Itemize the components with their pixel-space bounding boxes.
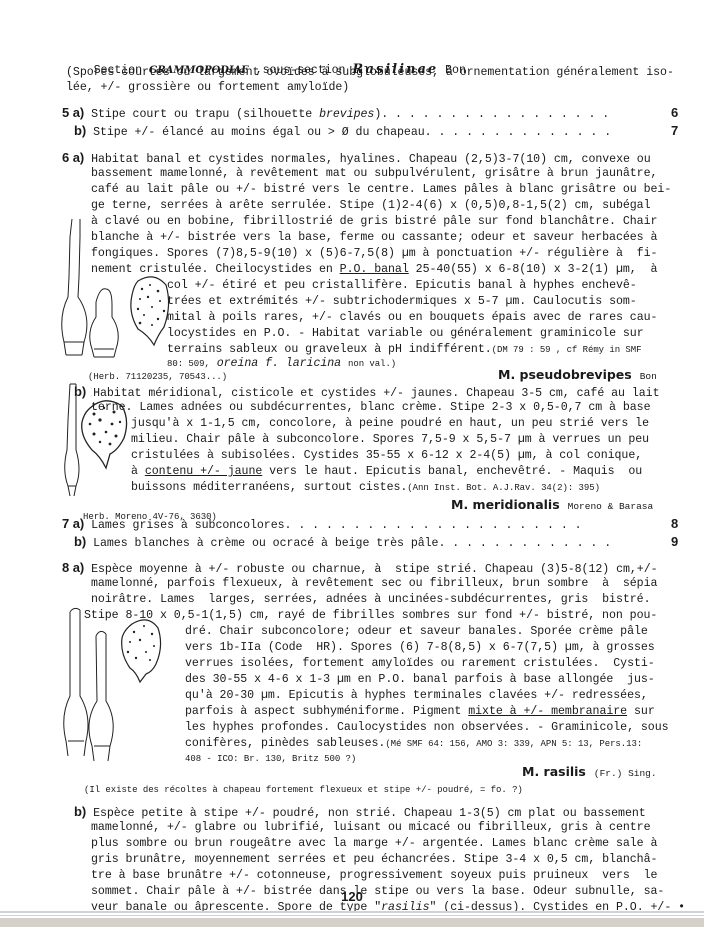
key-5b: b) Stipe +/- élancé au moins égal ou > Ø…: [74, 124, 611, 140]
species-name: M. pseudobrevipesBon: [498, 367, 657, 382]
viewer-bottom-bar: [0, 918, 704, 927]
species-label: M. rasilis: [522, 764, 586, 779]
cystidium-spore-illustration-icon: [64, 380, 134, 500]
footnote: (Il existe des récoltes à chapeau fortem…: [84, 783, 523, 797]
text: vers le haut. Epicutis banal, enchevêtré…: [262, 465, 642, 478]
key-6a-line-11: mital à poils rares, +/- clavés ou en bo…: [167, 311, 657, 325]
reference: non val.): [348, 359, 396, 369]
key-label: 6 a): [62, 150, 84, 165]
key-label: 5 a): [62, 105, 84, 120]
key-text: Espèce moyenne à +/- robuste ou charnue,…: [84, 563, 657, 576]
key-label: 7 a): [62, 516, 84, 531]
key-label: b): [74, 804, 86, 819]
species-name: M. meridionalisMoreno & Barasa: [451, 497, 653, 512]
key-6b-line-5: cristulées à subisolées. Cystides 35-55 …: [131, 449, 642, 463]
key-text: Lames blanches à crème ou ocracé à beige…: [86, 537, 611, 550]
key-8b-line-2: mamelonné, +/- glabre ou lubrifié, luisa…: [91, 821, 651, 835]
key-5a: 5 a) Stipe court ou trapu (silhouette br…: [62, 106, 609, 122]
goto-7-link[interactable]: 7: [671, 123, 678, 138]
key-italic: brevipes: [319, 108, 374, 121]
key-6a-line-2: bassement mamelonné, à revêtement mat ou…: [91, 167, 657, 181]
intro-line-2: lée, +/- grossière ou fortement amyloïde…: [66, 81, 349, 95]
key-8a-line-6: vers 1b-IIa (Code HR). Spores (6) 7-8(8,…: [185, 641, 655, 655]
divider: [0, 911, 704, 913]
species-author: Moreno & Barasa: [568, 501, 654, 512]
text: parfois à aspect subhyméniforme. Pigment: [185, 705, 468, 718]
key-6b-line-2: terne. Lames adnées ou subdécurrentes, b…: [91, 401, 651, 415]
goto-9-link[interactable]: 9: [671, 534, 678, 549]
species-author: (Fr.) Sing.: [594, 768, 657, 779]
text: conifères, pinèdes sableuses.: [185, 737, 385, 750]
key-8a-line-5: dré. Chair subconcolore; odeur et saveur…: [185, 625, 648, 639]
species-label: M. meridionalis: [451, 497, 560, 512]
text: terrains sableux ou graveleux à pH indif…: [167, 343, 492, 356]
key-8a-line-13: 408 - ICO: Br. 130, Britz 500 ?): [185, 752, 356, 766]
key-label: b): [74, 123, 86, 138]
document-page: Section GRAMMOPODIAE ,sous-section Rasil…: [0, 0, 704, 927]
key-text: Habitat méridional, cisticole et cystide…: [86, 387, 659, 400]
key-label: 8 a): [62, 560, 84, 575]
key-6a-line-13: terrains sableux ou graveleux à pH indif…: [167, 343, 641, 357]
underlined-text: mixte à +/- membranaire: [468, 705, 627, 718]
reference-italic: oreina f. laricina: [217, 357, 341, 370]
text: buissons méditerranéens, surtout cistes.: [131, 481, 407, 494]
key-6a-line-10: trées et extrémités +/- subtrichodermiqu…: [167, 295, 637, 309]
key-6a-line-5: à clavé ou en bobine, fibrillostrié de g…: [91, 215, 657, 229]
key-8a-line-1: 8 a) Espèce moyenne à +/- robuste ou cha…: [62, 561, 658, 577]
key-8b-line-4: gris brunâtre, moyennement serrées et pe…: [91, 853, 657, 867]
key-6a-line-6: blanche à +/- bistrée vers la base, ferm…: [91, 231, 657, 245]
reference: (Mé SMF 64: 156, AMO 3: 339, APN 5: 13, …: [385, 739, 642, 749]
key-8a-line-8: des 30-55 x 4-6 x 1-3 µm en P.O. banal p…: [185, 673, 655, 687]
key-6b-line-4: milieu. Chair pâle à subconcolore. Spore…: [131, 433, 649, 447]
reference: 80: 509,: [167, 359, 210, 369]
page-number: 120: [0, 889, 704, 904]
reference: (Ann Inst. Bot. A.J.Rav. 34(2): 395): [407, 483, 600, 493]
key-8a-line-2: mamelonné, parfois flexueux, à revêtemen…: [91, 577, 657, 591]
key-7a: 7 a) Lames grises à subconcolores. . . .…: [62, 517, 582, 533]
key-6b-line-6: à contenu +/- jaune vers le haut. Epicut…: [131, 465, 642, 479]
key-6b-line-1: b) Habitat méridional, cisticole et cyst…: [74, 385, 660, 401]
key-6a-line-7: fongiques. Spores (7)8,5-9(10) x (5)6-7,…: [91, 247, 657, 261]
intro-line-1: (Spores courtes ou largement ovoïdes à s…: [66, 66, 674, 80]
goto-8-link[interactable]: 8: [671, 516, 678, 531]
key-text: Stipe court ou trapu (silhouette: [84, 108, 319, 121]
reference: (DM 79 : 59 , cf Rémy in SMF: [492, 345, 642, 355]
key-8a-line-9: qu'à 20-30 µm. Epicutis à hyphes termina…: [185, 689, 648, 703]
cystidia-spore-illustration-icon: [62, 606, 187, 776]
species-name: M. rasilis(Fr.) Sing.: [522, 764, 657, 779]
key-8a-line-11: les hyphes profondes. Caulocystides non …: [185, 721, 669, 735]
species-author: Bon: [640, 371, 657, 382]
text: 25-40(55) x 6-8(10) x 3-2(1) µm, à: [409, 263, 658, 276]
key-8b-line-3: plus sombre ou brun rougeâtre avec la ma…: [91, 837, 657, 851]
key-text: Lames grises à subconcolores. . . . . . …: [84, 519, 581, 532]
key-6a-line-14: 80: 509, oreina f. laricina non val.): [167, 357, 396, 371]
key-6a-line-8: nement cristulée. Cheilocystides en P.O.…: [91, 263, 657, 277]
underlined-text: contenu +/- jaune: [145, 465, 262, 478]
goto-6-link[interactable]: 6: [671, 105, 678, 120]
key-6a-line-4: ge terne, serrées à arête serrulée. Stip…: [91, 199, 651, 213]
key-text: Habitat banal et cystides normales, hyal…: [84, 153, 650, 166]
key-6a-line-9: col +/- étiré et peu cristallifère. Epic…: [167, 279, 637, 293]
species-label: M. pseudobrevipes: [498, 367, 632, 382]
key-8a-line-10: parfois à aspect subhyméniforme. Pigment…: [185, 705, 655, 719]
key-label: b): [74, 534, 86, 549]
key-text: Stipe +/- élancé au moins égal ou > Ø du…: [86, 126, 611, 139]
key-8b-line-5: tre à base brunâtre +/- cotonneuse, prog…: [91, 869, 657, 883]
key-8a-line-7: verrues isolées, fortement amyloïdes ou …: [185, 657, 655, 671]
key-6a-line-3: café au lait pâle ou +/- bistré vers le …: [91, 183, 671, 197]
key-text: Espèce petite à stipe +/- poudré, non st…: [86, 807, 646, 820]
key-6a-line-12: locystides en P.O. - Habitat variable ou…: [167, 327, 644, 341]
key-6b-line-3: jusqu'à x 1-1,5 cm, concolore, à peine p…: [131, 417, 649, 431]
key-8a-line-12: conifères, pinèdes sableuses.(Mé SMF 64:…: [185, 737, 642, 751]
key-6a-line-1: 6 a) Habitat banal et cystides normales,…: [62, 151, 651, 167]
spore-illustration-icon: [130, 275, 170, 350]
divider: [0, 915, 704, 916]
key-8b-line-1: b) Espèce petite à stipe +/- poudré, non…: [74, 805, 646, 821]
key-text-rest: ). . . . . . . . . . . . . . . . .: [374, 108, 609, 121]
key-8a-line-3: noirâtre. Lames larges, serrées, adnées …: [91, 593, 651, 607]
text: sur: [627, 705, 655, 718]
underlined-text: P.O. banal: [340, 263, 409, 276]
key-6b-line-7: buissons méditerranéens, surtout cistes.…: [131, 481, 600, 495]
key-7b: b) Lames blanches à crème ou ocracé à be…: [74, 535, 611, 551]
